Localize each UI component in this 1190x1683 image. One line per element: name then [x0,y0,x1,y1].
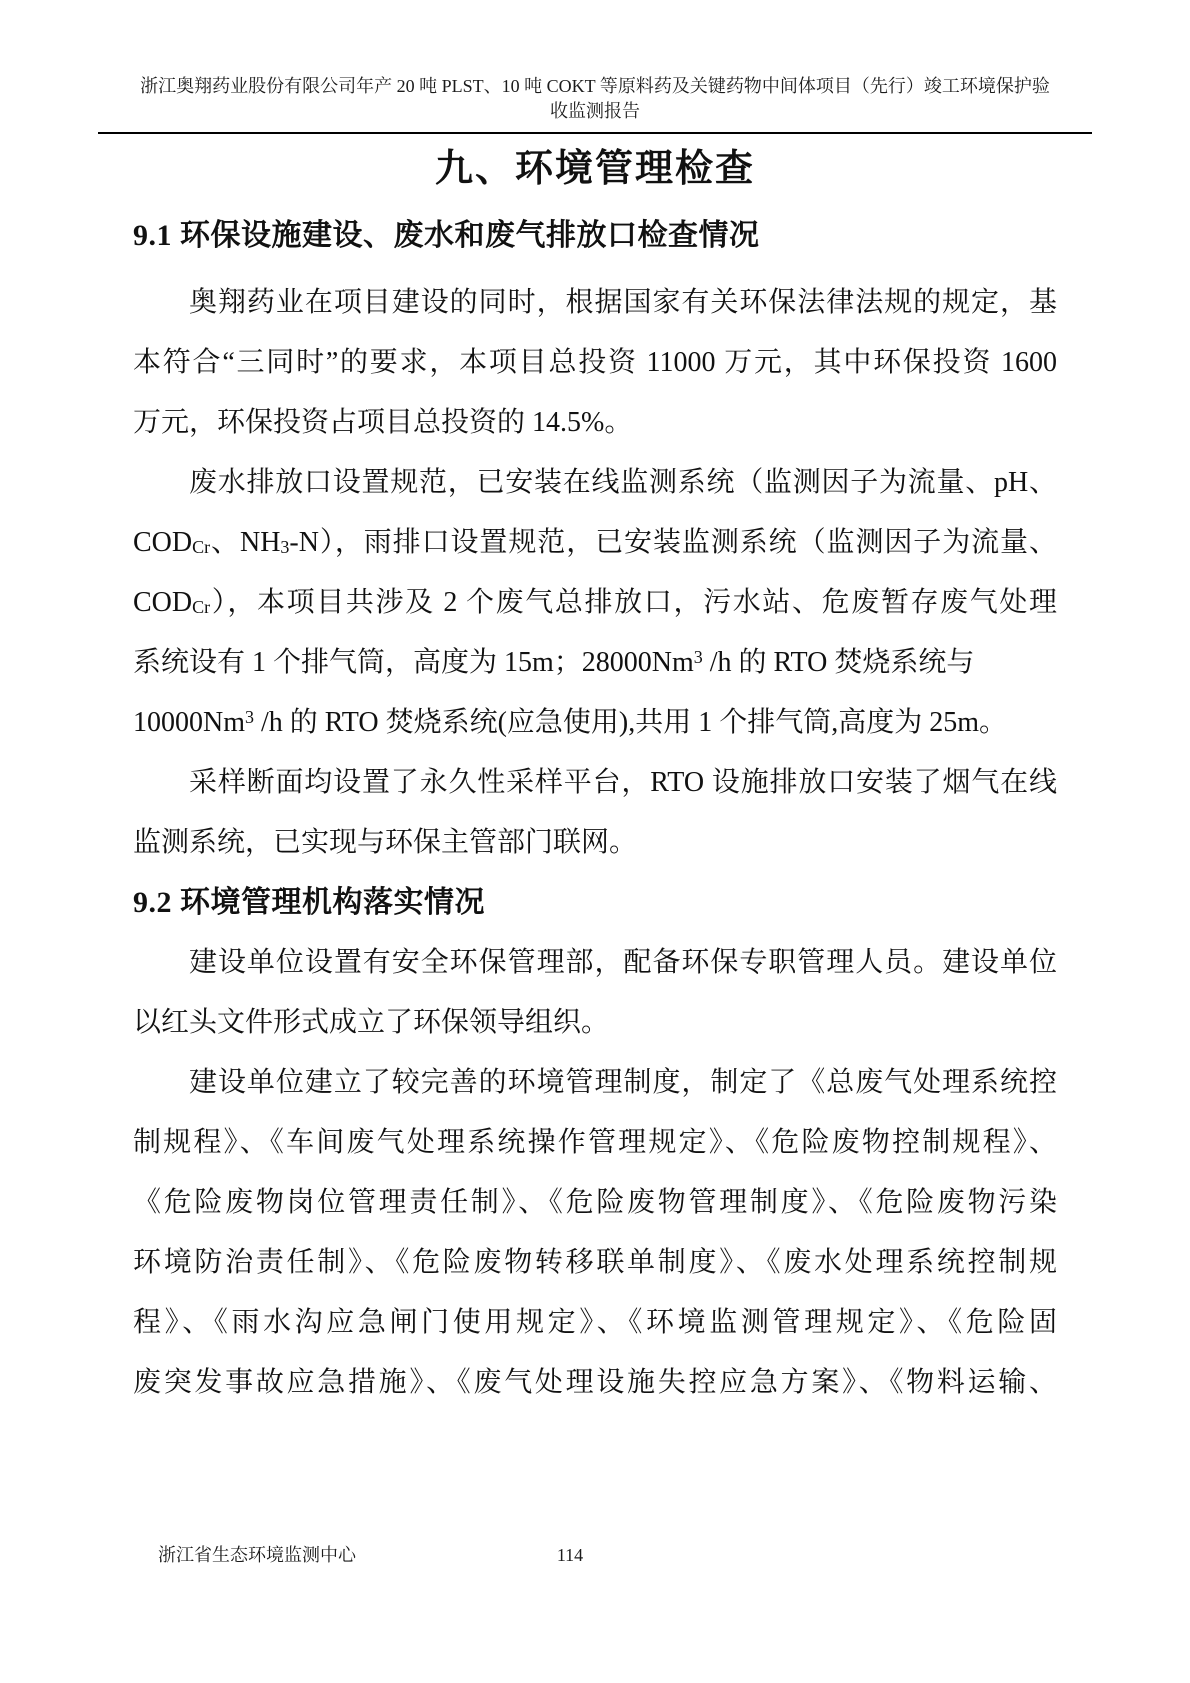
body-line: 程》、《雨水沟应急闸门使用规定》、《环境监测管理规定》、《危险固 [133,1293,1057,1353]
page-header: 浙江奥翔药业股份有限公司年产 20 吨 PLST、10 吨 COKT 等原料药及… [95,0,1095,124]
subscript-text: 3 [280,537,289,557]
paragraph: 奥翔药业在项目建设的同时，根据国家有关环保法律法规的规定，基本符合“三同时”的要… [133,273,1057,453]
subscript-text: Cr [192,597,210,617]
body-line: 奥翔药业在项目建设的同时，根据国家有关环保法律法规的规定，基 [133,273,1057,333]
body-line: 《危险废物岗位管理责任制》、《危险废物管理制度》、《危险废物污染 [133,1173,1057,1233]
header-line-2: 收监测报告 [95,99,1095,124]
body-line: 废水排放口设置规范，已安装在线监测系统（监测因子为流量、pH、 [133,453,1057,513]
body-line: 建设单位建立了较完善的环境管理制度，制定了《总废气处理系统控 [133,1053,1057,1113]
section-9-1-heading: 9.1 环保设施建设、废水和废气排放口检查情况 [133,216,1057,256]
paragraph: 采样断面均设置了永久性采样平台，RTO 设施排放口安装了烟气在线监测系统，已实现… [133,753,1057,873]
document-body: 9.1 环保设施建设、废水和废气排放口检查情况奥翔药业在项目建设的同时，根据国家… [133,216,1057,1413]
body-line: 制规程》、《车间废气处理系统操作管理规定》、《危险废物控制规程》、 [133,1113,1057,1173]
paragraph: 建设单位设置有安全环保管理部，配备环保专职管理人员。建设单位以红头文件形式成立了… [133,933,1057,1053]
page-footer: 浙江省生态环境监测中心 114 [0,1542,1190,1568]
body-line: 以红头文件形式成立了环保领导组织。 [133,993,1057,1053]
paragraph: 建设单位建立了较完善的环境管理制度，制定了《总废气处理系统控制规程》、《车间废气… [133,1053,1057,1413]
body-line: 系统设有 1 个排气筒，高度为 15m；28000Nm3 /h 的 RTO 焚烧… [133,633,1057,693]
body-line: 10000Nm3 /h 的 RTO 焚烧系统(应急使用),共用 1 个排气筒,高… [133,693,1057,753]
section-9-2-heading: 9.2 环境管理机构落实情况 [133,873,1057,933]
body-line: 监测系统，已实现与环保主管部门联网。 [133,813,1057,873]
document-page: 浙江奥翔药业股份有限公司年产 20 吨 PLST、10 吨 COKT 等原料药及… [0,0,1190,1683]
body-line: 万元，环保投资占项目总投资的 14.5%。 [133,393,1057,453]
header-line-1: 浙江奥翔药业股份有限公司年产 20 吨 PLST、10 吨 COKT 等原料药及… [95,74,1095,99]
body-line: 废突发事故应急措施》、《废气处理设施失控应急方案》、《物料运输、 [133,1353,1057,1413]
paragraph: 废水排放口设置规范，已安装在线监测系统（监测因子为流量、pH、CODCr、NH3… [133,453,1057,753]
chapter-title: 九、环境管理检查 [0,146,1190,192]
header-rule [98,132,1092,134]
superscript-text: 3 [694,647,703,667]
body-line: 建设单位设置有安全环保管理部，配备环保专职管理人员。建设单位 [133,933,1057,993]
body-line: 采样断面均设置了永久性采样平台，RTO 设施排放口安装了烟气在线 [133,753,1057,813]
superscript-text: 3 [245,707,254,727]
body-line: CODCr、NH3-N），雨排口设置规范，已安装监测系统（监测因子为流量、 [133,513,1057,573]
body-line: 环境防治责任制》、《危险废物转移联单制度》、《废水处理系统控制规 [133,1233,1057,1293]
body-line: CODCr），本项目共涉及 2 个废气总排放口，污水站、危废暂存废气处理 [133,573,1057,633]
subscript-text: Cr [192,537,210,557]
page-number: 114 [0,1542,1140,1568]
body-line: 本符合“三同时”的要求，本项目总投资 11000 万元，其中环保投资 1600 [133,333,1057,393]
